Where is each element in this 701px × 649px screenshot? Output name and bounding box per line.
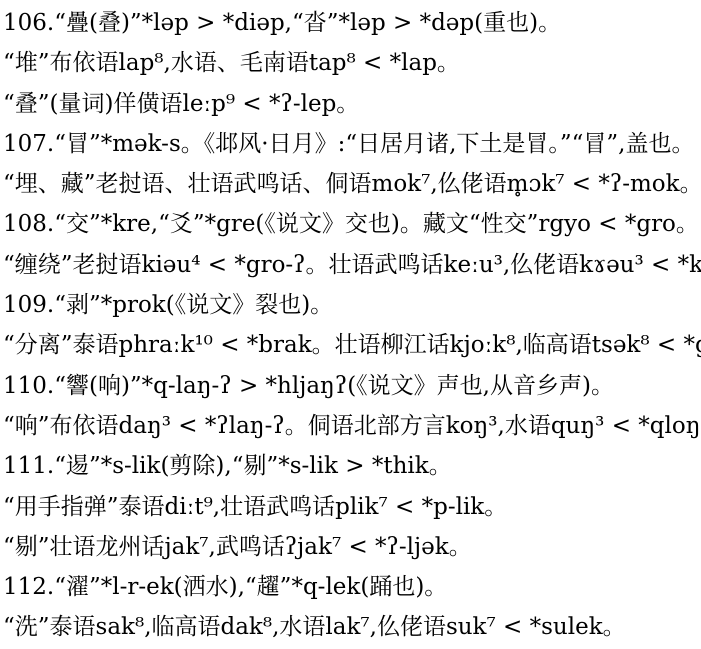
text-line: “用手指弹”泰语diːt⁹,壮语武鸣话plik⁷ < *p-lik。 (3, 487, 699, 527)
text-line: “叠”(量词)佯僙语leːp⁹ < *ʔ-lep。 (3, 84, 699, 124)
text-line: “剔”壮语龙州话jak⁷,武鸣话ʔjak⁷ < *ʔ-ljək。 (3, 527, 699, 567)
text-line: 110.“響(响)”*q-laŋ-ʔ > *hljaŋʔ(《说文》声也,从音乡声… (3, 366, 699, 406)
text-line: 111.“逷”*s-lik(剪除),“剔”*s-lik > *thik。 (3, 446, 699, 486)
text-line: “分离”泰语phraːk¹⁰ < *brak。壮语柳江话kjoːk⁸,临高语ts… (3, 325, 699, 365)
text-line: 109.“剥”*prok(《说文》裂也)。 (3, 285, 699, 325)
text-line: 107.“冒”*mək-s。《邶风·日月》:“日居月诸,下土是冒。”“冒”,盖也… (3, 124, 699, 164)
text-line: 106.“疊(叠)”*ləp > *diəp,“沓”*ləp > *dəp(重也… (3, 3, 699, 43)
text-line: “堆”布依语lap⁸,水语、毛南语tap⁸ < *lap。 (3, 43, 699, 83)
text-line: 108.“交”*kre,“爻”*gre(《说文》交也)。藏文“性交”rgyo <… (3, 204, 699, 244)
text-line: “洗”泰语sak⁸,临高语dak⁸,水语lak⁷,仫佬语suk⁷ < *sule… (3, 607, 699, 647)
document-page: 106.“疊(叠)”*ləp > *diəp,“沓”*ləp > *dəp(重也… (0, 0, 701, 649)
text-line: “缠绕”老挝语kiəu⁴ < *gro-ʔ。壮语武鸣话keːu³,仫佬语kɤəu… (3, 245, 699, 285)
text-line: “埋、藏”老挝语、壮语武鸣话、侗语mok⁷,仫佬语m̥ɔk⁷ < *ʔ-mok。 (3, 164, 699, 204)
text-line: 112.“濯”*l-r-ek(洒水),“趯”*q-lek(踊也)。 (3, 567, 699, 607)
text-line: “响”布依语daŋ³ < *ʔlaŋ-ʔ。侗语北部方言koŋ³,水语quŋ³ <… (3, 406, 699, 446)
